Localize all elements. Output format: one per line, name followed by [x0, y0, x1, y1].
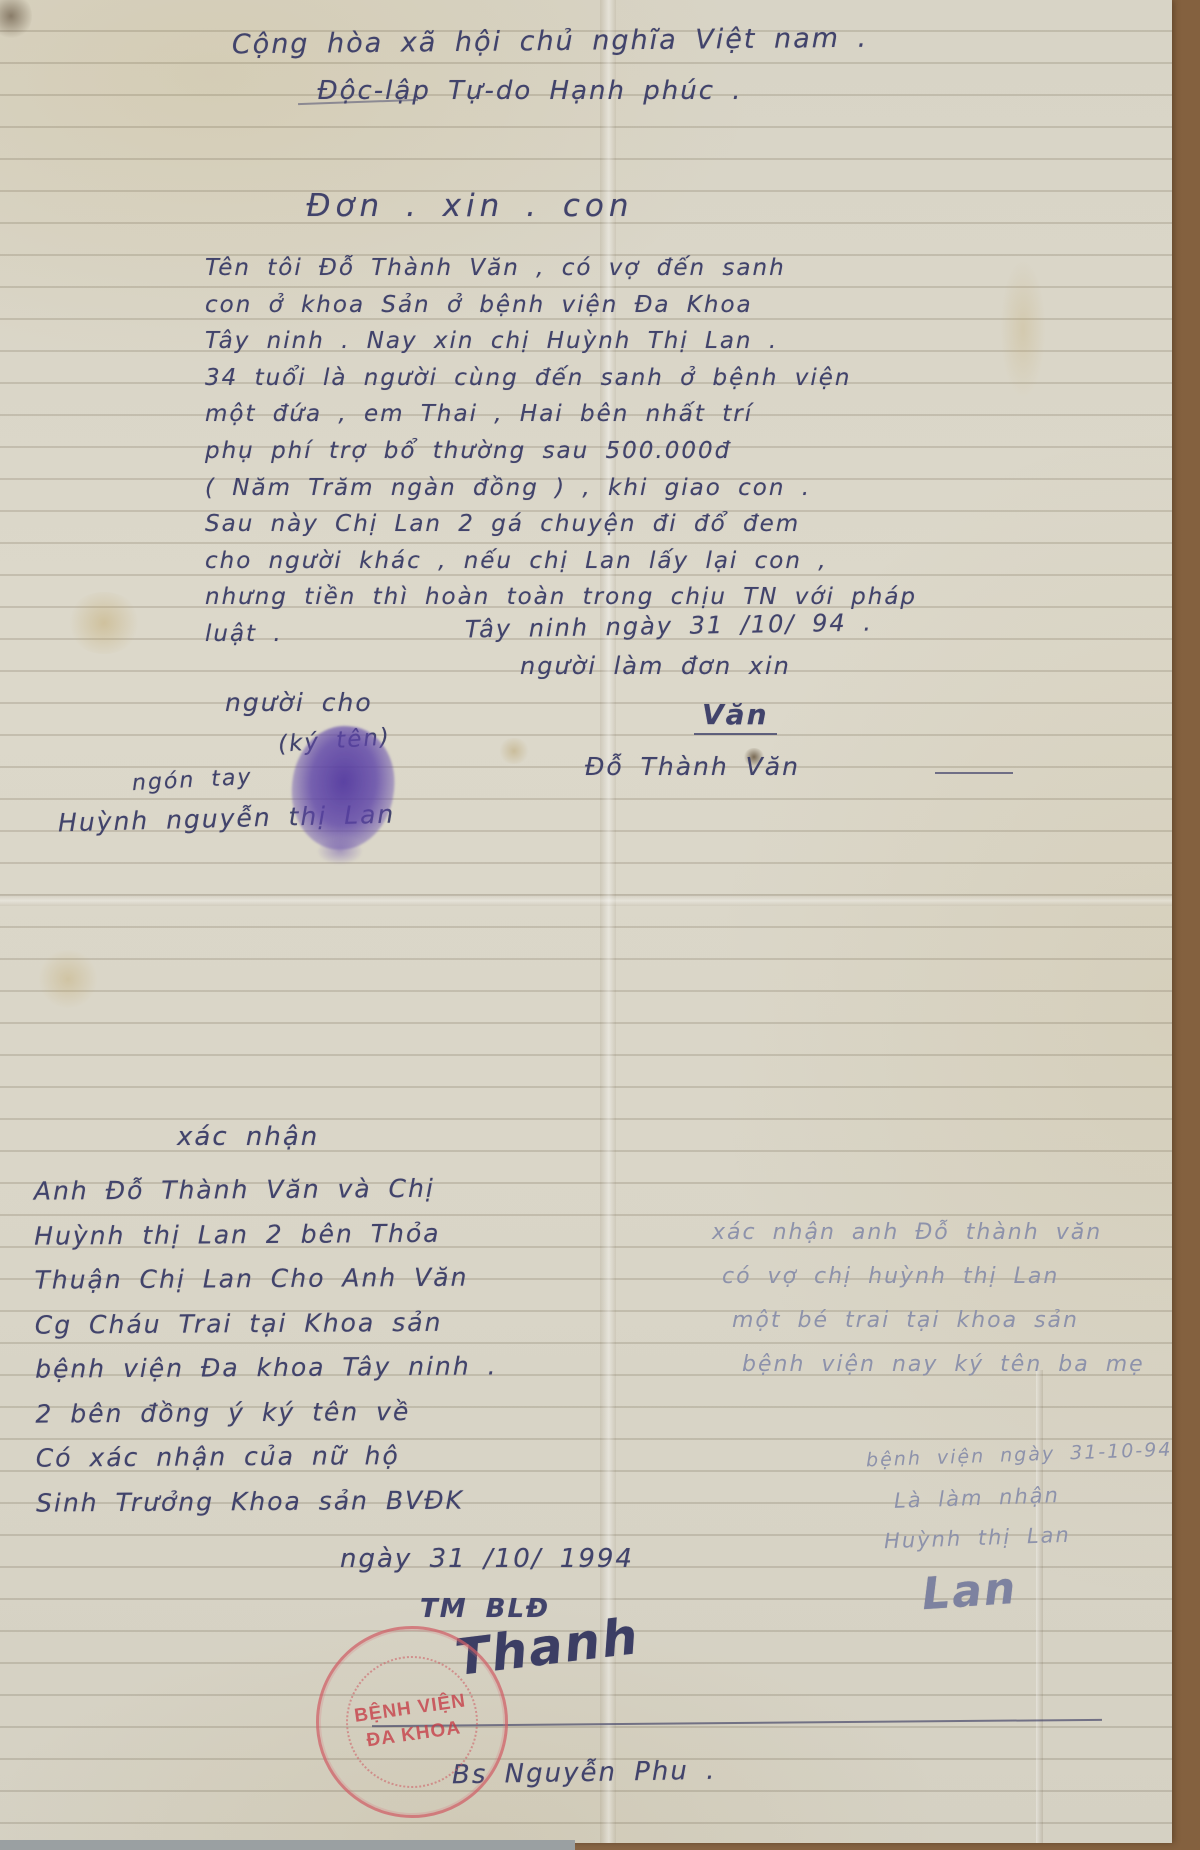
body-line: ( Năm Trăm ngàn đồng ) , khi giao con . [205, 470, 917, 507]
confirmation-date: ngày 31 /10/ 1994 [340, 1544, 634, 1574]
paper-sheet: Cộng hòa xã hội chủ nghĩa Việt nam . Độc… [0, 0, 1172, 1843]
confirmation-line: 2 bên đồng ý ký tên về [35, 1389, 498, 1437]
body-line: phụ phí trợ bổ thường sau 500.000đ [205, 433, 917, 470]
confirmation-line: Huỳnh thị Lan 2 bên Thỏa [34, 1211, 497, 1259]
bottom-edge [0, 1840, 575, 1850]
body-line: con ở khoa Sản ở bệnh viện Đa Khoa [205, 287, 917, 324]
body-line: Sau này Chị Lan 2 gá chuyện đi đổ đem [205, 506, 917, 543]
body-line: cho người khác , nếu chị Lan lấy lại con… [205, 543, 917, 580]
body-paragraph: Tên tôi Đỗ Thành Văn , có vợ đến sanh co… [205, 250, 917, 653]
confirmation-paragraph: Anh Đỗ Thành Văn và Chị Huỳnh thị Lan 2 … [34, 1166, 499, 1525]
midwife-note-line: có vợ chị huỳnh thị Lan [722, 1264, 1059, 1289]
midwife-signature: Lan [920, 1563, 1018, 1621]
confirmation-line: bệnh viện Đa khoa Tây ninh . [35, 1344, 498, 1392]
midwife-note-line: một bé trai tại khoa sản [732, 1308, 1079, 1333]
right-crease [1036, 1370, 1043, 1843]
giver-caption: người cho [225, 688, 373, 717]
body-line: Tên tôi Đỗ Thành Văn , có vợ đến sanh [205, 250, 917, 287]
confirmation-line: Có xác nhận của nữ hộ [36, 1433, 499, 1481]
confirmation-line: Thuận Chị Lan Cho Anh Văn [34, 1255, 497, 1303]
receiver-signature: Văn [694, 698, 777, 735]
confirmation-line: Anh Đỗ Thành Văn và Chị [34, 1166, 497, 1214]
body-line: Tây ninh . Nay xin chị Huỳnh Thị Lan . [205, 323, 917, 360]
midwife-note-line: xác nhận anh Đỗ thành văn [712, 1220, 1102, 1245]
midwife-note-line: bệnh viện nay ký tên ba mẹ [742, 1352, 1145, 1377]
dash-stroke [935, 772, 1013, 774]
body-line: 34 tuổi là người cùng đến sanh ở bệnh vi… [205, 360, 917, 397]
confirmation-line: Cg Cháu Trai tại Khoa sản [35, 1300, 498, 1348]
confirmation-heading: xác nhận [177, 1122, 319, 1152]
body-line: một đứa , em Thai , Hai bên nhất trí [205, 396, 917, 433]
applicant-caption: người làm đơn xin [520, 652, 791, 680]
horizontal-fold-crease [0, 894, 1172, 906]
receiver-name: Đỗ Thành Văn [585, 752, 800, 781]
hospital-stamp-inner-ring: BỆNH VIỆN ĐA KHOA [337, 1647, 486, 1796]
thumbprint-smudge [318, 838, 362, 864]
document-title: Đơn . xin . con [300, 188, 640, 224]
confirmation-line: Sinh Trưởng Khoa sản BVĐK [36, 1478, 499, 1526]
